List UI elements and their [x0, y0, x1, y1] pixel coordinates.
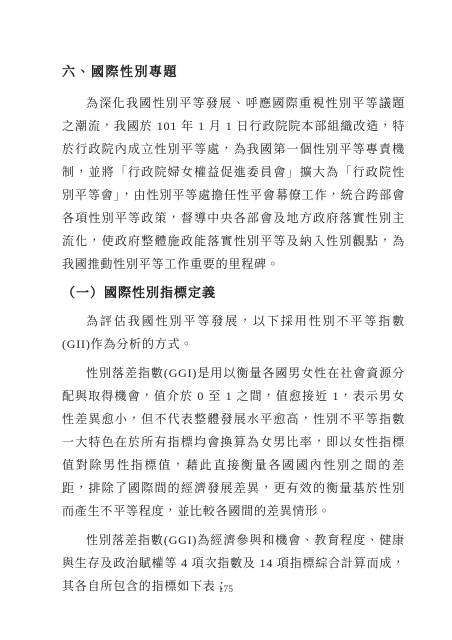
section-heading: 六、國際性別專題 [62, 63, 405, 81]
paragraph-gii: 為評估我國性別平等發展，以下採用性別不平等指數(GII)作為分析的方式。 [62, 310, 405, 356]
document-page: 六、國際性別專題 為深化我國性別平等發展、呼應國際重視性別平等議題之潮流，我國於… [0, 0, 452, 640]
subsection-heading: （一）國際性別指標定義 [62, 284, 405, 302]
paragraph-intro: 為深化我國性別平等發展、呼應國際重視性別平等議題之潮流，我國於 101 年 1 … [62, 92, 405, 276]
paragraph-ggi-definition: 性別落差指數(GGI)是用以衡量各國男女性在社會資源分配與取得機會，值介於 0 … [62, 362, 405, 523]
page-number: 175 [0, 584, 452, 594]
